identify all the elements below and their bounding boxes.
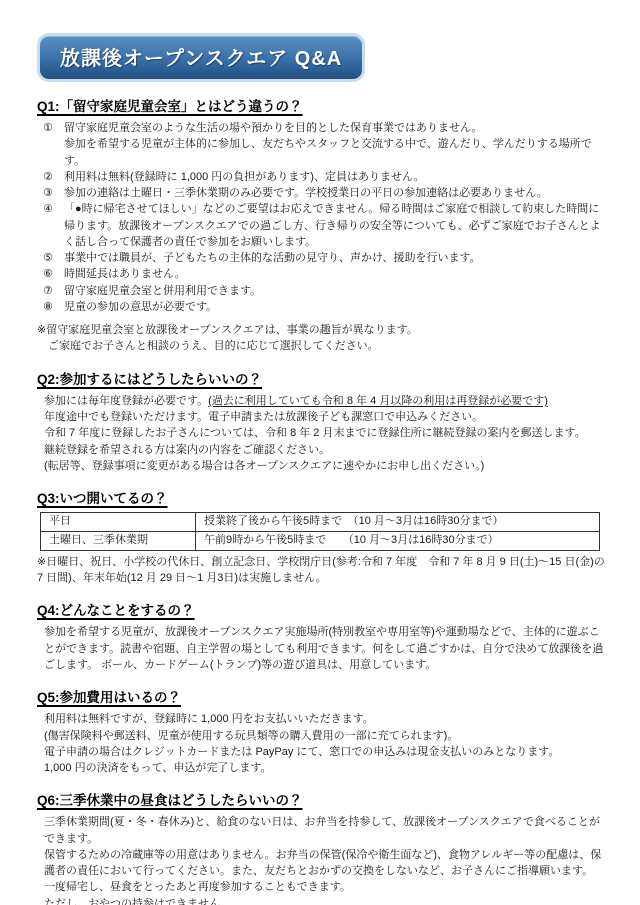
page-title: 放課後オープンスクエア Q&A — [60, 48, 342, 70]
item-text: 参加の連絡は土曜日・三季休業期のみ必要です。学校授業日の平日の参加連絡は必要あり… — [64, 185, 606, 201]
title-banner: 放課後オープンスクエア Q&A — [37, 33, 365, 82]
item-number: ④ — [43, 201, 64, 250]
item-number: ⑥ — [43, 266, 64, 282]
section-q4: Q4:どんなことをするの？ 参加を希望する児童が、放課後オープンスクエア実施場所… — [37, 599, 606, 673]
q2-line1-underlined: (過去に利用していても令和 8 年 4 月以降の利用は再登録が必要です) — [208, 395, 548, 407]
q3-heading: Q3:いつ開いてるの？ — [37, 487, 606, 507]
q1-item-5: ⑤ 事業中では職員が、子どもたちの主体的な活動の見守り、声かけ、援助を行います。 — [43, 250, 606, 266]
item-number: ⑦ — [43, 283, 64, 299]
item-text: 事業中では職員が、子どもたちの主体的な活動の見守り、声かけ、援助を行います。 — [64, 250, 606, 266]
item-number: ② — [43, 169, 64, 185]
item-text: 「●時に帰宅させてほしい」などのご要望はお応えできません。帰る時間はご家庭で相談… — [64, 201, 606, 250]
q1-item-6: ⑥ 時間延長はありません。 — [43, 266, 606, 282]
schedule-day-label: 土曜日、三季休業期 — [41, 531, 196, 550]
q1-item-2: ② 利用料は無料(登録時に 1,000 円の負担があります)、定員はありません。 — [43, 169, 606, 185]
q5-heading: Q5:参加費用はいるの？ — [37, 686, 606, 706]
q1-item-4: ④ 「●時に帰宅させてほしい」などのご要望はお応えできません。帰る時間はご家庭で… — [43, 201, 606, 250]
q4-heading: Q4:どんなことをするの？ — [37, 599, 606, 619]
item-text: 留守家庭児童会室のような生活の場や預かりを目的とした保育事業ではありません。 参… — [64, 120, 606, 169]
q2-line1-normal: 参加には毎年度登録が必要です。 — [44, 395, 208, 407]
schedule-day-label: 平日 — [41, 513, 196, 532]
item-text: 児童の参加の意思が必要です。 — [64, 299, 606, 315]
q1-list: ① 留守家庭児童会室のような生活の場や預かりを目的とした保育事業ではありません。… — [37, 120, 606, 315]
q1-note: ※留守家庭児童会室と放課後オープンスクエアは、事業の趣旨が異なります。 ご家庭で… — [37, 322, 606, 355]
table-row-weekday: 平日 授業終了後から午後5時まで （10 月～3月は16時30分まで） — [41, 513, 600, 532]
q6-heading: Q6:三季休業中の昼食はどうしたらいいの？ — [37, 789, 606, 809]
section-q5: Q5:参加費用はいるの？ 利用料は無料ですが、登録時に 1,000 円をお支払い… — [37, 686, 606, 776]
q2-rest: 年度途中でも登録いただけます。電子申請または放課後子ども課窓口で申込みください。… — [44, 411, 586, 472]
schedule-hours-value: 授業終了後から午後5時まで （10 月～3月は16時30分まで） — [196, 513, 600, 532]
item-number: ① — [43, 120, 64, 169]
q6-body: 三季休業期間(夏・冬・春休み)と、給食のない日は、お弁当を持参して、放課後オープ… — [37, 814, 606, 905]
q1-item-7: ⑦ 留守家庭児童会室と併用利用できます。 — [43, 283, 606, 299]
item-number: ⑤ — [43, 250, 64, 266]
q2-body: 参加には毎年度登録が必要です。(過去に利用していても令和 8 年 4 月以降の利… — [37, 393, 606, 474]
document-page: 放課後オープンスクエア Q&A Q1:「留守家庭児童会室」とはどう違うの？ ① … — [0, 0, 640, 905]
item-number: ⑧ — [43, 299, 64, 315]
q1-item-3: ③ 参加の連絡は土曜日・三季休業期のみ必要です。学校授業日の平日の参加連絡は必要… — [43, 185, 606, 201]
item-text: 留守家庭児童会室と併用利用できます。 — [64, 283, 606, 299]
q4-body: 参加を希望する児童が、放課後オープンスクエア実施場所(特別教室や専用室等)や運動… — [37, 624, 606, 673]
section-q2: Q2:参加するにはどうしたらいいの？ 参加には毎年度登録が必要です。(過去に利用… — [37, 368, 606, 474]
schedule-table: 平日 授業終了後から午後5時まで （10 月～3月は16時30分まで） 土曜日、… — [40, 512, 600, 551]
item-number: ③ — [43, 185, 64, 201]
q2-heading: Q2:参加するにはどうしたらいいの？ — [37, 368, 606, 388]
q1-item-1: ① 留守家庭児童会室のような生活の場や預かりを目的とした保育事業ではありません。… — [43, 120, 606, 169]
q1-item-8: ⑧ 児童の参加の意思が必要です。 — [43, 299, 606, 315]
section-q1: Q1:「留守家庭児童会室」とはどう違うの？ ① 留守家庭児童会室のような生活の場… — [37, 95, 606, 355]
q5-body: 利用料は無料ですが、登録時に 1,000 円をお支払いいただきます。 (傷害保険… — [37, 711, 606, 776]
section-q3: Q3:いつ開いてるの？ 平日 授業終了後から午後5時まで （10 月～3月は16… — [37, 487, 606, 586]
item-text: 利用料は無料(登録時に 1,000 円の負担があります)、定員はありません。 — [64, 169, 606, 185]
schedule-hours-value: 午前9時から午後5時まで （10 月～3月は16時30分まで） — [196, 531, 600, 550]
q3-note: ※日曜日、祝日、小学校の代休日、創立記念日、学校閉庁日(参考:令和 7 年度 令… — [37, 554, 606, 587]
section-q6: Q6:三季休業中の昼食はどうしたらいいの？ 三季休業期間(夏・冬・春休み)と、給… — [37, 789, 606, 905]
item-text: 時間延長はありません。 — [64, 266, 606, 282]
q1-heading: Q1:「留守家庭児童会室」とはどう違うの？ — [37, 95, 606, 115]
table-row-saturday-holiday: 土曜日、三季休業期 午前9時から午後5時まで （10 月～3月は16時30分まで… — [41, 531, 600, 550]
